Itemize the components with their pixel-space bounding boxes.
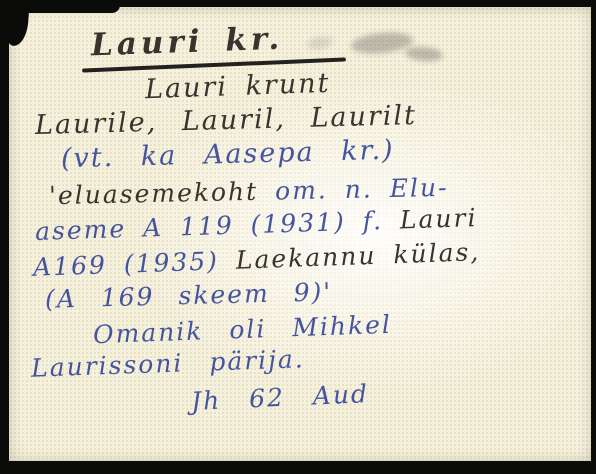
line-text: Lauri: [399, 203, 477, 234]
line-text: Jh 62 Aud: [190, 379, 369, 416]
handwritten-line-description-1: 'eluasemekoht om. n. Elu-: [49, 175, 449, 208]
handwritten-line-owner-2: Laurissoni pärija.: [31, 346, 305, 381]
line-text: Laekannu külas,: [235, 237, 480, 275]
pencil-smudge: [404, 45, 443, 62]
scan-edge-artifact: [0, 0, 120, 13]
line-text: aseme A 119 (1931) f.: [35, 205, 401, 245]
line-text: om. n. Elu-: [275, 173, 449, 206]
line-text: Lauri krunt: [145, 68, 331, 105]
line-text: A169 (1935): [33, 246, 237, 282]
scan-edge-artifact: [591, 0, 596, 474]
card-title: Lauri kr.: [91, 24, 284, 62]
line-text: (A 169 skeem 9)': [45, 277, 333, 314]
line-text: Laurissoni pärija.: [31, 344, 306, 383]
line-text: Omanik oli Mihkel: [93, 310, 393, 349]
scan-edge-artifact: [0, 461, 596, 474]
handwritten-line-cross-reference: (vt. ka Aasepa kr.): [61, 137, 395, 173]
handwritten-line-description-2: aseme A 119 (1931) f. Lauri: [35, 205, 478, 244]
handwritten-line-scheme-reference: (A 169 skeem 9)': [45, 279, 333, 312]
index-card-paper: Lauri kr. Lauri krunt Laurile, Lauril, L…: [9, 7, 592, 462]
handwritten-line-collector-signature: Jh 62 Aud: [191, 381, 370, 414]
scanned-card: Lauri kr. Lauri krunt Laurile, Lauril, L…: [0, 0, 596, 474]
handwritten-line-declensions: Laurile, Lauril, Laurilt: [35, 102, 418, 139]
handwritten-line-name-form: Lauri krunt: [145, 70, 331, 103]
handwritten-line-description-3: A169 (1935) Laekannu külas,: [33, 239, 481, 280]
line-text: (vt. ka Aasepa kr.): [61, 135, 395, 175]
line-text: 'eluasemekoht: [49, 176, 276, 210]
handwritten-line-owner-1: Omanik oli Mihkel: [93, 312, 393, 347]
pencil-smudge: [306, 35, 334, 51]
